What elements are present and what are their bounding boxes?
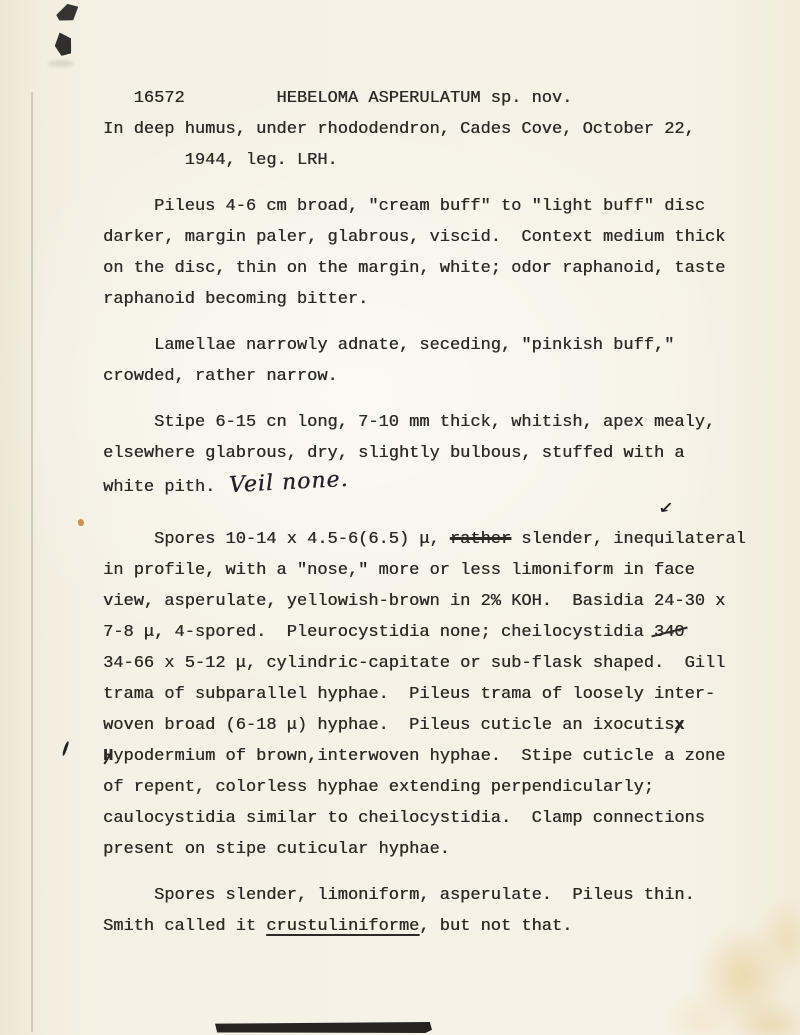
text-line: darker, margin paler, glabrous, viscid. …	[103, 222, 783, 253]
text-line: crowded, rather narrow.	[103, 361, 783, 392]
text-line: Lamellae narrowly adnate, seceding, "pin…	[103, 330, 783, 361]
text-line: Pileus 4-6 cm broad, "cream buff" to "li…	[103, 191, 783, 222]
text-segment: 34-66 x 5-12 μ, cylindric-capitate or su…	[103, 654, 725, 673]
text-segment: 7-8 μ, 4-spored. Pleurocystidia none; ch…	[103, 623, 654, 642]
smudge-artifact	[48, 60, 74, 67]
text-line: Stipe 6-15 cn long, 7-10 mm thick, whiti…	[103, 407, 783, 438]
text-segment: on the disc, thin on the margin, white; …	[103, 259, 725, 278]
text-segment: Spores 10-14 x 4.5-6(6.5) μ,	[103, 530, 450, 549]
text-line: Hypodermium of brown,interwoven hyphae. …	[103, 741, 783, 772]
text-segment: Lamellae narrowly adnate, seceding, "pin…	[103, 336, 674, 355]
text-segment: caulocystidia similar to cheilocystidia.…	[103, 809, 705, 828]
text-segment: Pileus 4-6 cm broad, "cream buff" to "li…	[103, 197, 705, 216]
handwritten-note: Veil none.	[228, 464, 349, 501]
struck-number: 340	[654, 617, 685, 648]
scan-edge-bar	[215, 1022, 432, 1033]
text-line: 34-66 x 5-12 μ, cylindric-capitate or su…	[103, 648, 783, 679]
text-line: in profile, with a "nose," more or less …	[103, 555, 783, 586]
text-segment: darker, margin paler, glabrous, viscid. …	[103, 228, 725, 247]
text-segment: Stipe 6-15 cn long, 7-10 mm thick, whiti…	[103, 413, 715, 432]
text-line: 7-8 μ, 4-spored. Pleurocystidia none; ch…	[103, 617, 783, 648]
typewritten-text: 16572 HEBELOMA ASPERULATUM sp. nov.In de…	[103, 83, 783, 942]
text-line: of repent, colorless hyphae extending pe…	[103, 772, 783, 803]
scanned-document-page: ↙ 16572 HEBELOMA ASPERULATUM sp. nov.In …	[0, 0, 800, 1035]
text-segment: , but not that.	[419, 917, 572, 936]
text-segment: trama of subparallel hyphae. Pileus tram…	[103, 685, 715, 704]
text-segment: 1944, leg. LRH.	[103, 151, 338, 170]
overstruck-char: H	[103, 741, 113, 772]
text-segment: ypodermium of brown,interwoven hyphae. S…	[113, 747, 725, 766]
text-segment: In deep humus, under rhododendron, Cades…	[103, 120, 695, 139]
text-line: Smith called it crustuliniforme, but not…	[103, 911, 783, 942]
corner-ink-mark	[55, 2, 80, 22]
text-line: trama of subparallel hyphae. Pileus tram…	[103, 679, 783, 710]
page-edge-crease	[31, 92, 33, 1032]
text-segment: slender, inequilateral	[511, 530, 746, 549]
text-segment: white pith.	[103, 478, 215, 497]
heading-line: 16572 HEBELOMA ASPERULATUM sp. nov.	[103, 89, 572, 108]
ink-speck	[78, 519, 84, 526]
text-segment: woven broad (6-18 μ) hyphae. Pileus cuti…	[103, 716, 674, 735]
text-line: white pith.Veil none.	[103, 469, 783, 500]
text-segment: of repent, colorless hyphae extending pe…	[103, 778, 654, 797]
text-line: caulocystidia similar to cheilocystidia.…	[103, 803, 783, 834]
text-segment: crowded, rather narrow.	[103, 367, 338, 386]
text-line: elsewhere glabrous, dry, slightly bulbou…	[103, 438, 783, 469]
text-line: raphanoid becoming bitter.	[103, 284, 783, 315]
struck-word: rather	[450, 530, 511, 549]
text-line: present on stipe cuticular hyphae.	[103, 834, 783, 865]
text-segment: Spores slender, limoniform, asperulate. …	[103, 886, 695, 905]
text-line: Spores slender, limoniform, asperulate. …	[103, 880, 783, 911]
text-line: 1944, leg. LRH.	[103, 145, 783, 176]
text-segment: elsewhere glabrous, dry, slightly bulbou…	[103, 444, 685, 463]
text-segment: raphanoid becoming bitter.	[103, 290, 368, 309]
overstruck-char: x	[674, 710, 684, 741]
corner-ink-mark	[54, 32, 73, 57]
text-segment: in profile, with a "nose," more or less …	[103, 561, 695, 580]
text-line: 16572 HEBELOMA ASPERULATUM sp. nov.	[103, 83, 783, 114]
text-line: on the disc, thin on the margin, white; …	[103, 253, 783, 284]
text-line: view, asperulate, yellowish-brown in 2% …	[103, 586, 783, 617]
text-line: In deep humus, under rhododendron, Cades…	[103, 114, 783, 145]
text-line: Spores 10-14 x 4.5-6(6.5) μ, rather slen…	[103, 524, 783, 555]
text-segment: Smith called it	[103, 917, 266, 936]
handwritten-margin-tick	[62, 741, 70, 756]
text-segment: view, asperulate, yellowish-brown in 2% …	[103, 592, 725, 611]
text-line: woven broad (6-18 μ) hyphae. Pileus cuti…	[103, 710, 783, 741]
text-segment: present on stipe cuticular hyphae.	[103, 840, 450, 859]
underlined-word: crustuliniforme	[266, 917, 419, 936]
